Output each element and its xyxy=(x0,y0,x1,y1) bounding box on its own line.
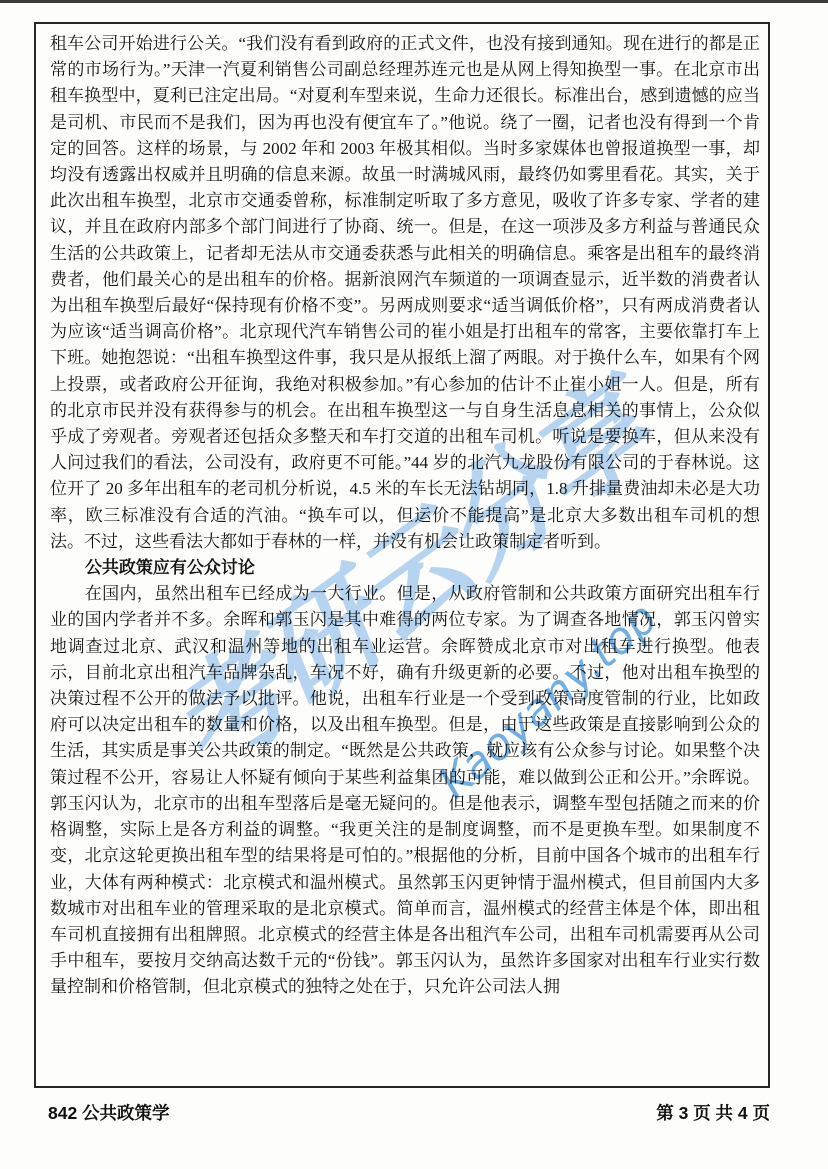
footer-course-label: 842 公共政策学 xyxy=(48,1100,170,1125)
scan-edge-artifact xyxy=(0,0,828,3)
footer-page-number: 第 3 页 共 4 页 xyxy=(656,1100,770,1125)
section-heading: 公共政策应有公众讨论 xyxy=(50,555,760,581)
body-text-block: 租车公司开始进行公关。“我们没有看到政府的正式文件，也没有接到通知。现在进行的都… xyxy=(50,31,760,1001)
body-paragraph-continuation: 租车公司开始进行公关。“我们没有看到政府的正式文件，也没有接到通知。现在进行的都… xyxy=(50,31,760,555)
text-border-frame: 租车公司开始进行公关。“我们没有看到政府的正式文件，也没有接到通知。现在进行的都… xyxy=(34,22,770,1088)
body-paragraph-2: 在国内，虽然出租车已经成为一大行业。但是，从政府管制和公共政策方面研究出租车行业… xyxy=(50,581,760,1000)
page-footer: 842 公共政策学 第 3 页 共 4 页 xyxy=(48,1100,770,1125)
document-page: 租车公司开始进行公关。“我们没有看到政府的正式文件，也没有接到通知。现在进行的都… xyxy=(0,0,828,1169)
